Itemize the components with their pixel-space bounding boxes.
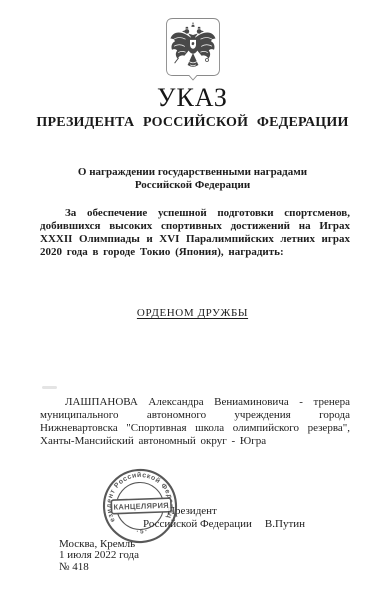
decree-subject-line1: О награждении государственными наградами (0, 166, 385, 179)
awardee-paragraph: ЛАШПАНОВА Александра Вениаминовича - тре… (40, 396, 350, 448)
decree-subject: О награждении государственными наградами… (0, 166, 385, 192)
stamp-ring-text: Президент Российской Федерации (97, 463, 175, 524)
stamp-bottom-mark: · 5 · (136, 527, 149, 535)
chancellery-stamp: Президент Российской Федерации · 5 · КАН… (97, 463, 182, 548)
award-heading: ОРДЕНОМ ДРУЖБЫ (0, 307, 385, 319)
issuing-authority: ПРЕЗИДЕНТА РОССИЙСКОЙ ФЕДЕРАЦИИ (0, 115, 385, 131)
signer-title-line1: Президент (167, 505, 305, 518)
scan-noise-mark (42, 386, 57, 389)
issue-block: Москва, Кремль 1 июля 2022 года № 418 (59, 539, 139, 573)
decree-document-page: УКАЗ ПРЕЗИДЕНТА РОССИЙСКОЙ ФЕДЕРАЦИИ О н… (0, 0, 385, 600)
issue-number: № 418 (59, 562, 139, 573)
coat-of-arms-icon (166, 18, 220, 82)
document-title: УКАЗ (0, 83, 385, 113)
stamp-center-label: КАНЦЕЛЯРИЯ (113, 501, 169, 512)
preamble-paragraph: За обеспечение успешной подготовки спорт… (40, 207, 350, 259)
decree-subject-line2: Российской Федерации (0, 179, 385, 192)
signer-name: В.Путин (265, 518, 305, 531)
